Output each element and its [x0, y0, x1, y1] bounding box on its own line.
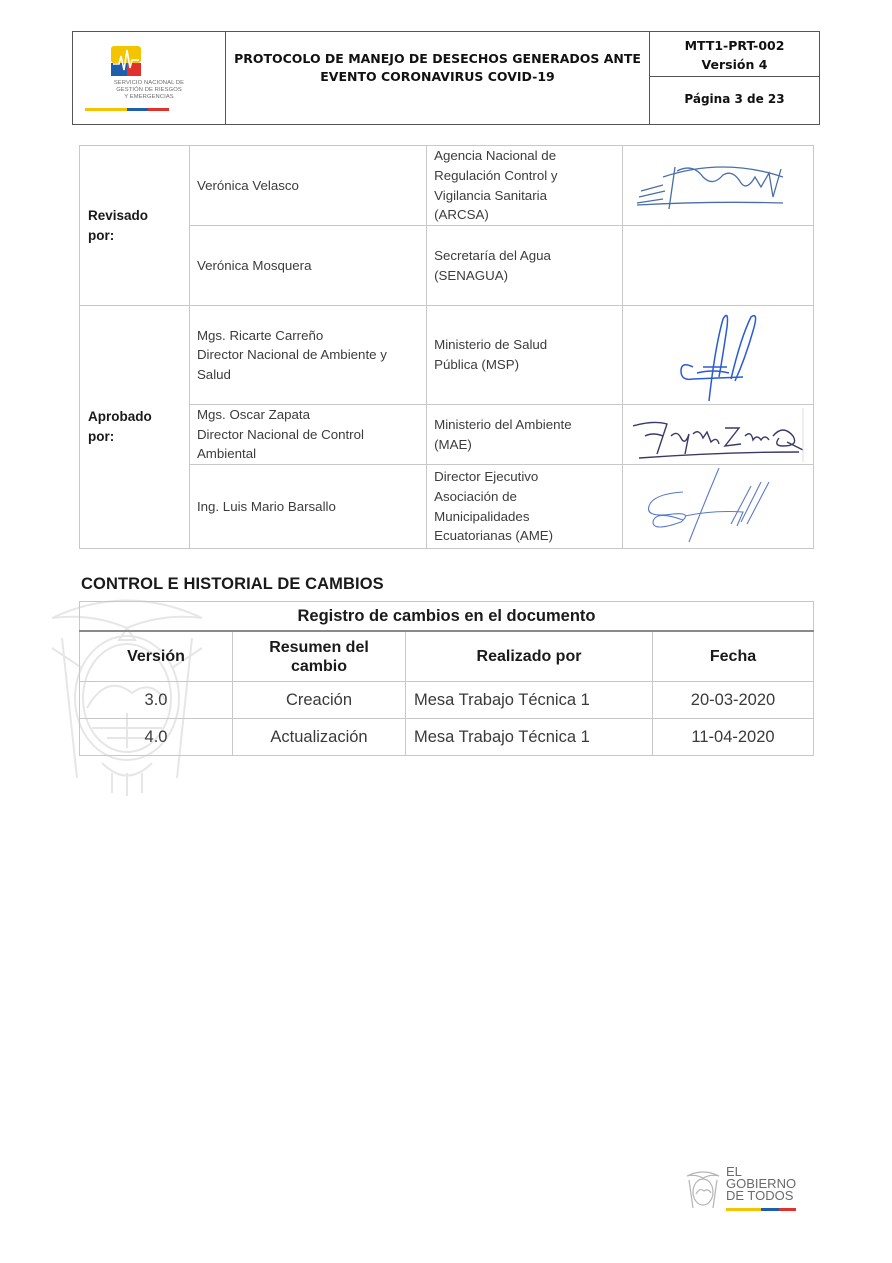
signature-row: Mgs. Oscar ZapataDirector Nacional de Co… [80, 405, 814, 465]
signature-image [622, 146, 813, 226]
signature-row: Ing. Luis Mario BarsalloDirector Ejecuti… [80, 465, 814, 549]
cell-summary: Creación [233, 682, 406, 719]
history-section-title: CONTROL E HISTORIAL DE CAMBIOS [81, 575, 384, 594]
tricolor-bar [85, 108, 169, 111]
signer-name: Mgs. Oscar ZapataDirector Nacional de Co… [189, 405, 426, 465]
signer-organization: Ministerio del Ambiente(MAE) [427, 405, 622, 465]
logo-line: DE TODOS [726, 1190, 796, 1202]
document-header: SERVICIO NACIONAL DE GESTIÓN DE RIESGOS … [72, 31, 820, 125]
column-header-date: Fecha [653, 631, 814, 682]
change-history-table: Registro de cambios en el documento Vers… [79, 601, 814, 756]
logo-line: GESTIÓN DE RIESGOS [77, 87, 221, 94]
signature-row: Revisadopor:Verónica VelascoAgencia Naci… [80, 146, 814, 226]
column-header-version: Versión [80, 631, 233, 682]
role-label: Aprobadopor: [80, 306, 190, 549]
signer-name: Mgs. Ricarte CarreñoDirector Nacional de… [189, 306, 426, 405]
gobierno-logo-text: EL GOBIERNO DE TODOS [726, 1166, 796, 1202]
cell-author: Mesa Trabajo Técnica 1 [406, 719, 653, 756]
signer-organization: Ministerio de SaludPública (MSP) [427, 306, 622, 405]
snger-emblem-icon [111, 46, 141, 76]
logo-line: Y EMERGENCIAS [77, 94, 221, 101]
signer-organization: Agencia Nacional deRegulación Control yV… [427, 146, 622, 226]
table-row: 4.0ActualizaciónMesa Trabajo Técnica 111… [80, 719, 814, 756]
signer-name: Verónica Velasco [189, 146, 426, 226]
snger-logo: SERVICIO NACIONAL DE GESTIÓN DE RIESGOS … [73, 32, 226, 124]
signer-name: Ing. Luis Mario Barsallo [189, 465, 426, 549]
title-line: EVENTO CORONAVIRUS COVID-19 [226, 68, 649, 86]
page-number: Página 3 de 23 [650, 77, 819, 124]
signature-image [622, 465, 813, 549]
code-text: MTT1-PRT-002 [650, 36, 819, 55]
tricolor-bar [726, 1208, 796, 1211]
signature-empty [622, 226, 813, 306]
document-title: PROTOCOLO DE MANEJO DE DESECHOS GENERADO… [226, 32, 650, 124]
signature-image [622, 306, 813, 405]
document-meta: MTT1-PRT-002 Versión 4 Página 3 de 23 [650, 32, 819, 124]
signature-image [622, 405, 813, 465]
snger-logo-text: SERVICIO NACIONAL DE GESTIÓN DE RIESGOS … [77, 80, 221, 101]
gobierno-de-todos-logo: EL GOBIERNO DE TODOS [684, 1166, 804, 1216]
cell-summary: Actualización [233, 719, 406, 756]
table-row: 3.0CreaciónMesa Trabajo Técnica 120-03-2… [80, 682, 814, 719]
signature-table: Revisadopor:Verónica VelascoAgencia Naci… [79, 145, 814, 549]
logo-line: SERVICIO NACIONAL DE [77, 80, 221, 87]
cell-date: 20-03-2020 [653, 682, 814, 719]
role-label: Revisadopor: [80, 146, 190, 306]
signature-row: Verónica MosqueraSecretaría del Agua(SEN… [80, 226, 814, 306]
cell-version: 4.0 [80, 719, 233, 756]
cell-version: 3.0 [80, 682, 233, 719]
document-code: MTT1-PRT-002 Versión 4 [650, 32, 819, 77]
title-line: PROTOCOLO DE MANEJO DE DESECHOS GENERADO… [226, 50, 649, 68]
cell-date: 11-04-2020 [653, 719, 814, 756]
summary-header-text: Resumen del cambio [259, 638, 379, 676]
signer-organization: Secretaría del Agua(SENAGUA) [427, 226, 622, 306]
table-caption: Registro de cambios en el documento [80, 602, 814, 632]
column-header-author: Realizado por [406, 631, 653, 682]
version-text: Versión 4 [650, 55, 819, 74]
cell-author: Mesa Trabajo Técnica 1 [406, 682, 653, 719]
signer-name: Verónica Mosquera [189, 226, 426, 306]
signature-row: Aprobadopor:Mgs. Ricarte CarreñoDirector… [80, 306, 814, 405]
coat-of-arms-icon [684, 1168, 722, 1210]
column-header-summary: Resumen del cambio [233, 631, 406, 682]
signer-organization: Director EjecutivoAsociación deMunicipal… [427, 465, 622, 549]
